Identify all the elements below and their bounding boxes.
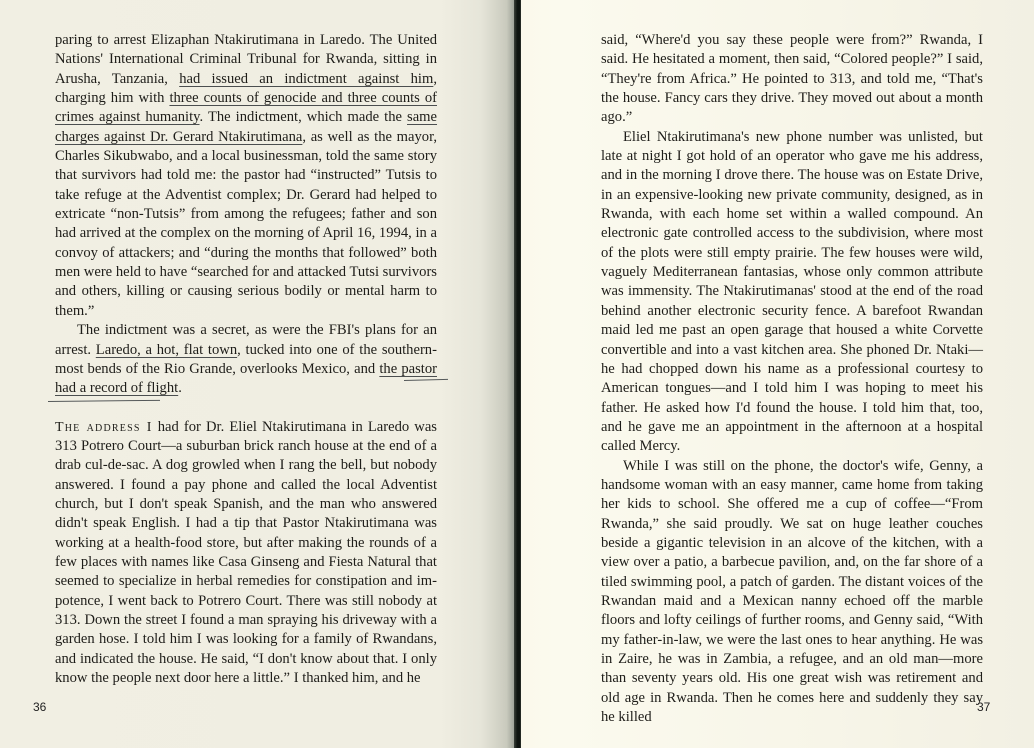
left-page-body: paring to arrest Elizaphan Ntakirutimana…: [55, 31, 437, 688]
page-number-left: 36: [33, 700, 46, 714]
paragraph: The indictment was a secret, as were the…: [55, 321, 437, 398]
text-run: , as well as the mayor, Charles Sikubwab…: [55, 129, 437, 319]
page-number-right: 37: [977, 700, 990, 714]
text-run: .: [178, 380, 182, 396]
text-run: had for Dr. Eliel Ntakirutimana in Lared…: [55, 419, 437, 686]
left-page: paring to arrest Elizaphan Ntakirutimana…: [0, 0, 517, 748]
right-page-body: said, “Where'd you say these people were…: [601, 31, 983, 727]
text-run: said, “Where'd you say these people were…: [601, 32, 983, 125]
right-page: said, “Where'd you say these people were…: [521, 0, 1034, 748]
book-spread: paring to arrest Elizaphan Ntakirutimana…: [0, 0, 1034, 748]
text-run: . The indictment, which made the: [200, 109, 408, 125]
text-run: While I was still on the phone, the doct…: [601, 458, 983, 725]
paragraph: Eliel Ntakirutimana's new phone number w…: [601, 128, 983, 457]
paragraph-section-start: The address I had for Dr. Eliel Ntakirut…: [55, 418, 437, 689]
text-run: Eliel Ntakirutimana's new phone number w…: [601, 129, 983, 455]
paragraph: While I was still on the phone, the doct…: [601, 457, 983, 728]
paragraph: paring to arrest Elizaphan Ntakirutimana…: [55, 31, 437, 321]
section-lead-smallcaps: The address I: [55, 420, 153, 435]
paragraph: said, “Where'd you say these people were…: [601, 31, 983, 128]
underlined-passage: had issued an indictment against him: [179, 71, 433, 87]
underlined-passage: Laredo, a hot, flat town: [96, 342, 237, 358]
